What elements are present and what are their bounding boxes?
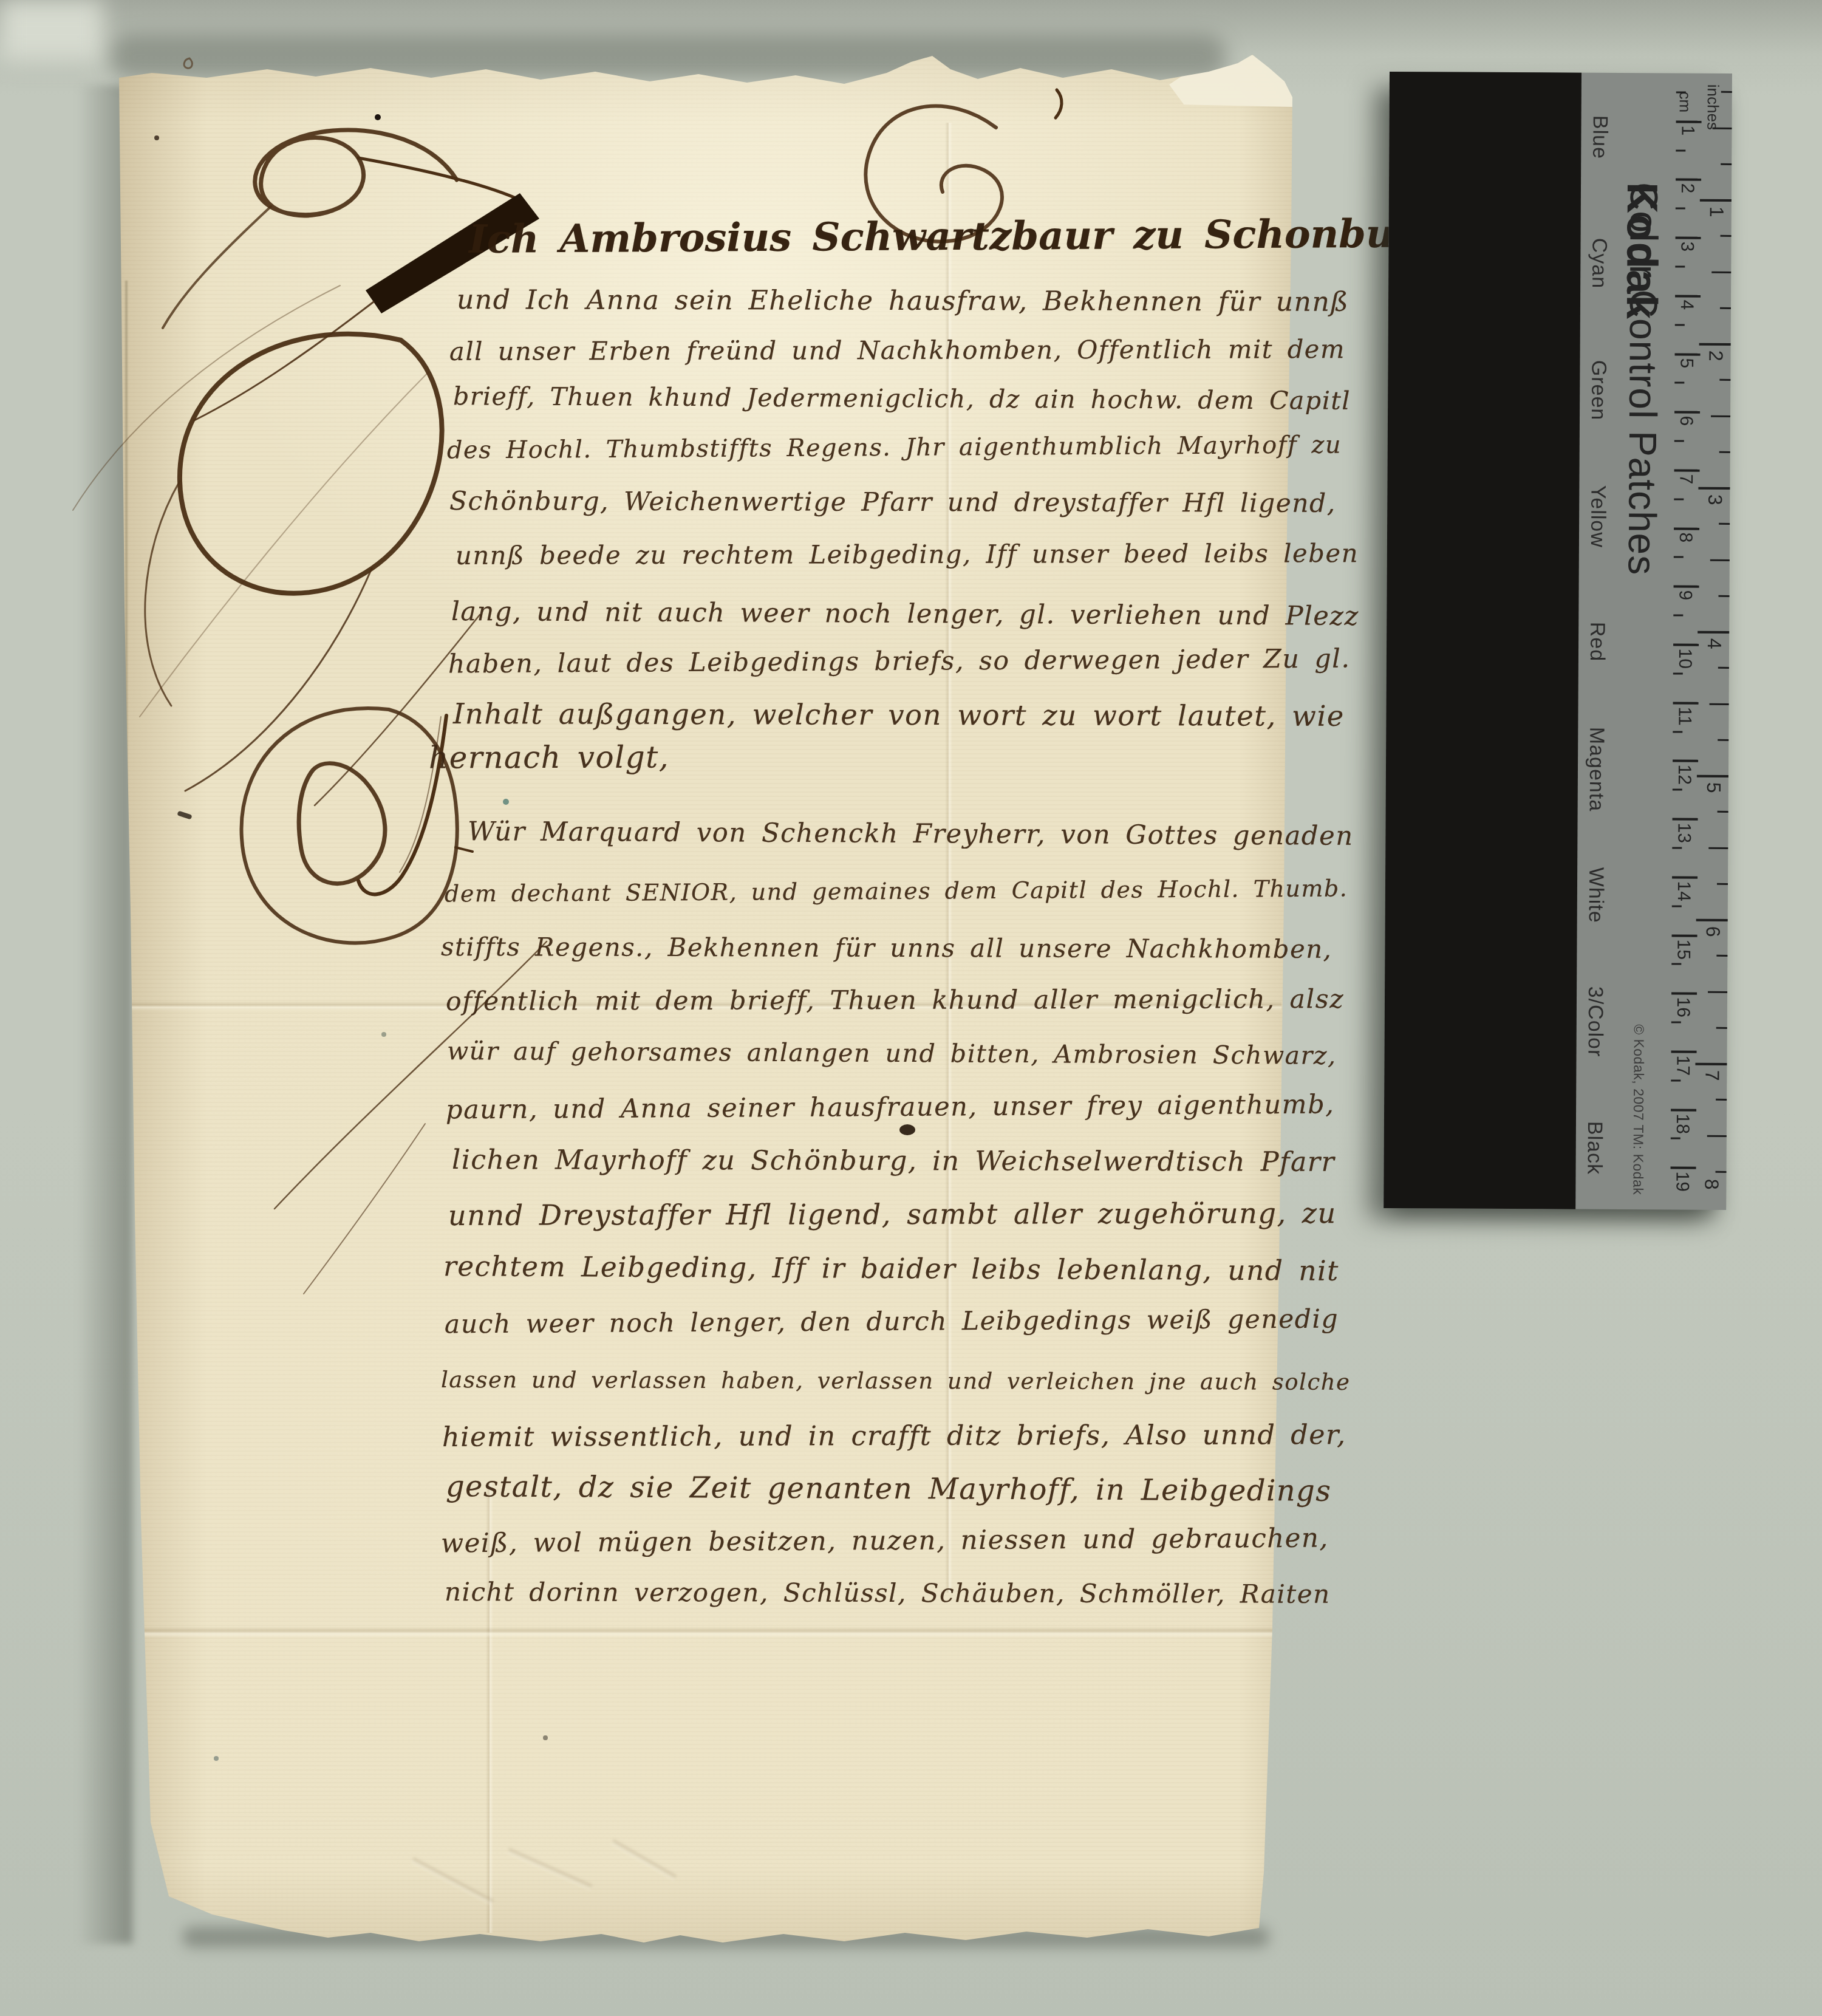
inch-tick-4 xyxy=(1697,631,1729,634)
cm-number-11: 11 xyxy=(1675,706,1693,725)
inch-quarter-tick xyxy=(1721,235,1732,237)
cm-half-tick xyxy=(1674,440,1684,442)
cm-tick-13 xyxy=(1673,818,1698,821)
cm-number-2: 2 xyxy=(1678,183,1696,194)
cm-half-tick xyxy=(1674,382,1684,384)
inch-quarter-tick xyxy=(1719,379,1730,381)
cm-number-5: 5 xyxy=(1677,358,1695,368)
inch-quarter-tick xyxy=(1721,163,1732,165)
inch-quarter-tick xyxy=(1721,91,1732,93)
cm-tick-2 xyxy=(1676,179,1701,181)
inch-tick-7 xyxy=(1695,1063,1727,1065)
inch-quarter-tick xyxy=(1720,307,1731,309)
rulers: 1234567891011121314151617181912345678 xyxy=(1384,72,1732,1210)
cm-half-tick xyxy=(1671,1138,1680,1140)
inch-quarter-tick xyxy=(1708,991,1727,993)
inch-tick-3 xyxy=(1698,487,1730,490)
inch-quarter-tick xyxy=(1719,451,1730,453)
inch-quarter-tick xyxy=(1718,595,1729,597)
inch-quarter-tick xyxy=(1713,127,1732,129)
inch-quarter-tick xyxy=(1718,667,1729,669)
inch-number-1: 1 xyxy=(1707,207,1727,217)
cm-half-tick xyxy=(1675,324,1685,326)
cm-number-10: 10 xyxy=(1676,648,1694,669)
cm-number-16: 16 xyxy=(1674,997,1692,1018)
cm-half-tick xyxy=(1673,731,1682,733)
inch-quarter-tick xyxy=(1711,271,1731,273)
cm-tick-8 xyxy=(1674,527,1699,530)
cm-number-19: 19 xyxy=(1673,1172,1691,1192)
cm-half-tick xyxy=(1671,963,1681,965)
inch-quarter-tick xyxy=(1716,1099,1727,1101)
cm-tick-9 xyxy=(1674,586,1699,588)
cm-number-14: 14 xyxy=(1674,881,1693,901)
pigment-speck xyxy=(503,799,509,805)
cm-tick-11 xyxy=(1673,702,1699,704)
inch-quarter-tick xyxy=(1707,1135,1727,1136)
inch-tick-2 xyxy=(1699,343,1731,346)
inch-number-6: 6 xyxy=(1704,926,1723,937)
cm-tick-16 xyxy=(1671,993,1697,995)
inch-quarter-tick xyxy=(1710,559,1730,561)
inch-number-4: 4 xyxy=(1705,638,1724,649)
kodak-color-bar: BlueCyanGreenYellowRedMagentaWhite3/Colo… xyxy=(1384,72,1732,1210)
cm-number-12: 12 xyxy=(1675,765,1693,785)
cm-number-8: 8 xyxy=(1676,532,1694,542)
cm-tick-6 xyxy=(1674,411,1700,414)
inch-tick-1 xyxy=(1700,199,1732,202)
inch-number-3: 3 xyxy=(1705,494,1725,505)
inch-quarter-tick xyxy=(1716,955,1727,957)
cm-tick-10 xyxy=(1673,643,1699,646)
cm-half-tick xyxy=(1672,905,1682,907)
cm-half-tick xyxy=(1674,556,1684,558)
inch-quarter-tick xyxy=(1719,523,1730,525)
inch-tick-6 xyxy=(1696,919,1728,921)
cm-tick-19 xyxy=(1671,1167,1696,1169)
cm-tick-7 xyxy=(1674,469,1700,471)
cm-number-13: 13 xyxy=(1674,823,1693,844)
cm-half-tick xyxy=(1676,91,1686,93)
cm-tick-15 xyxy=(1672,934,1697,937)
cm-half-tick xyxy=(1672,847,1682,849)
cm-half-tick xyxy=(1674,498,1684,500)
cm-half-tick xyxy=(1671,1079,1680,1081)
inch-quarter-tick xyxy=(1708,847,1728,849)
inch-quarter-tick xyxy=(1716,1027,1727,1029)
cm-half-tick xyxy=(1673,672,1683,674)
cm-half-tick xyxy=(1673,615,1683,617)
cm-half-tick xyxy=(1675,265,1685,267)
cm-number-4: 4 xyxy=(1677,299,1696,310)
cm-tick-12 xyxy=(1673,760,1698,762)
inch-quarter-tick xyxy=(1718,811,1728,813)
cm-tick-4 xyxy=(1675,295,1701,297)
archival-scan: Ich Ambrosius Schwartzbaur zu Schonburg,… xyxy=(0,0,1822,2016)
cm-number-15: 15 xyxy=(1674,939,1692,960)
inch-number-7: 7 xyxy=(1702,1070,1722,1081)
cm-tick-3 xyxy=(1676,237,1701,239)
cm-half-tick xyxy=(1676,149,1685,151)
cm-number-18: 18 xyxy=(1673,1113,1691,1134)
cm-tick-1 xyxy=(1676,120,1702,123)
inch-quarter-tick xyxy=(1710,703,1729,705)
cm-tick-5 xyxy=(1675,353,1701,355)
cm-number-1: 1 xyxy=(1678,125,1696,135)
inch-tick-5 xyxy=(1697,775,1728,777)
cm-half-tick xyxy=(1673,789,1682,791)
inch-number-8: 8 xyxy=(1702,1179,1721,1190)
inch-quarter-tick xyxy=(1711,415,1730,417)
cm-number-7: 7 xyxy=(1676,474,1694,484)
ink-blot xyxy=(899,1124,915,1135)
cm-number-9: 9 xyxy=(1676,590,1694,601)
cm-half-tick xyxy=(1671,1021,1681,1023)
cm-tick-18 xyxy=(1671,1109,1696,1111)
inch-number-5: 5 xyxy=(1704,782,1724,793)
cm-number-3: 3 xyxy=(1677,242,1696,252)
cm-tick-17 xyxy=(1671,1050,1697,1053)
inch-quarter-tick xyxy=(1716,1171,1727,1173)
cm-number-6: 6 xyxy=(1677,416,1695,426)
cm-tick-14 xyxy=(1672,876,1697,878)
inch-number-2: 2 xyxy=(1707,350,1726,361)
cm-half-tick xyxy=(1676,208,1685,210)
inch-quarter-tick xyxy=(1718,739,1728,741)
ink-speck xyxy=(375,114,381,120)
inch-quarter-tick xyxy=(1717,883,1728,885)
cm-number-17: 17 xyxy=(1673,1055,1691,1076)
